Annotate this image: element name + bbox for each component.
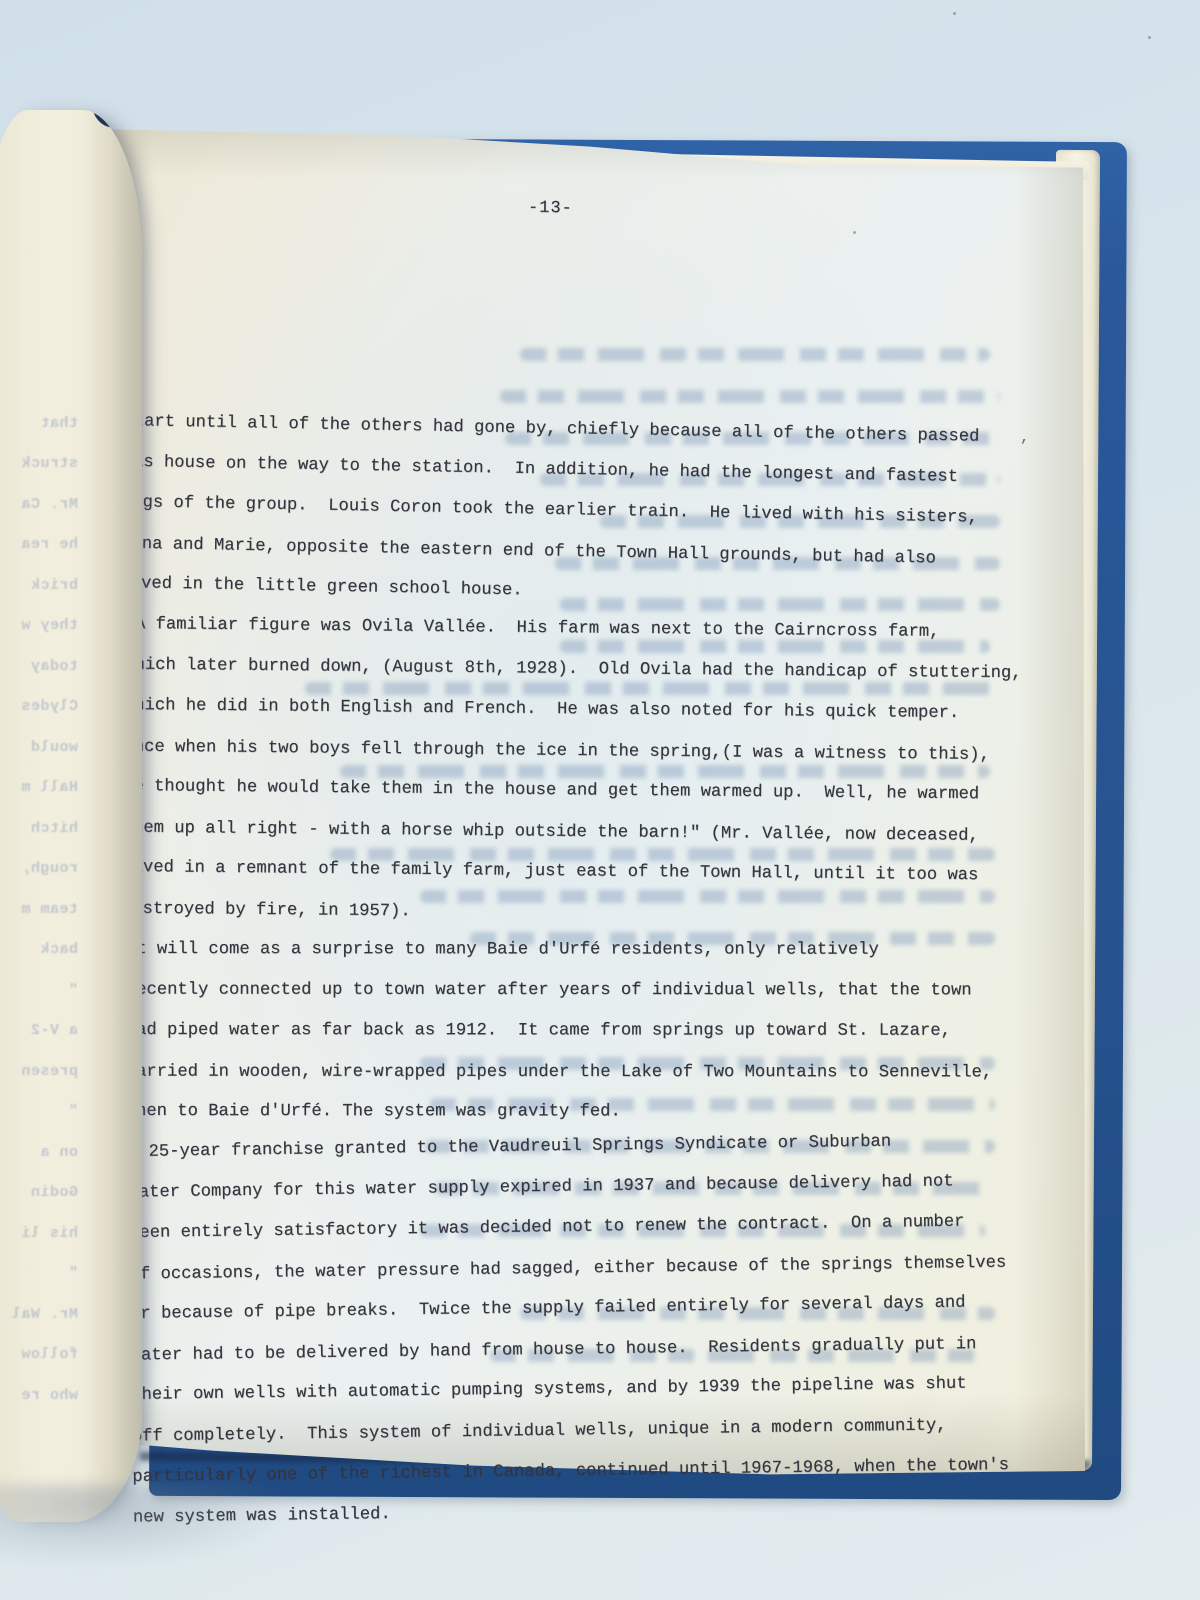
showthrough-text: they w <box>0 606 78 647</box>
showthrough-fragments: thatstruckMr. Cahe reabrickthey wtodayCl… <box>0 282 104 1416</box>
showthrough-text: Mr. Ca <box>0 485 78 526</box>
showthrough-text: Mr. Wal <box>0 1295 78 1336</box>
showthrough-text: hitch <box>0 809 78 850</box>
book-shadow <box>0 1484 320 1574</box>
dust-speck <box>853 231 856 234</box>
stray-ink-mark: , <box>1020 428 1030 446</box>
photo-background: -13- start until all of the others had g… <box>0 0 1200 1600</box>
typed-text-layer: -13- start until all of the others had g… <box>0 0 1200 1600</box>
showthrough-text: a V-2 <box>0 1011 78 1052</box>
showthrough-text: Godin <box>0 1173 78 1214</box>
showthrough-text: his li <box>0 1214 78 1255</box>
showthrough-text: that <box>0 404 78 445</box>
showthrough-text: he rea <box>0 525 78 566</box>
showthrough-text: today <box>0 647 78 688</box>
showthrough-text: struck <box>0 444 78 485</box>
showthrough-text: Clydes <box>0 687 78 728</box>
paragraph-4: A 25-year franchise granted to the Vaudr… <box>126 999 1010 1539</box>
showthrough-text: would <box>0 728 78 769</box>
showthrough-text: back <box>0 930 78 971</box>
text-line: Once when his two boys fell through the … <box>123 727 1021 776</box>
showthrough-text: " <box>0 971 78 1012</box>
showthrough-text: on a <box>0 1133 78 1174</box>
previous-page-curl: thatstruckMr. Cahe reabrickthey wtodayCl… <box>0 110 142 1522</box>
showthrough-text: brick <box>0 566 78 607</box>
showthrough-text: rough, <box>0 849 78 890</box>
showthrough-text: team m <box>0 890 78 931</box>
dust-speck <box>1148 36 1151 39</box>
text-line: which later burned down, (August 8th, 19… <box>124 646 1022 695</box>
page-number: -13- <box>528 199 573 219</box>
text-line: It will come as a surprise to many Baie … <box>126 930 992 971</box>
showthrough-text: follow <box>0 1335 78 1376</box>
showthrough-text: who re <box>0 1376 78 1417</box>
showthrough-text: presen <box>0 1052 78 1093</box>
showthrough-text: " <box>0 1092 78 1133</box>
showthrough-text: " <box>0 1254 78 1295</box>
showthrough-text: Hall m <box>0 768 78 809</box>
dust-speck <box>953 12 956 15</box>
